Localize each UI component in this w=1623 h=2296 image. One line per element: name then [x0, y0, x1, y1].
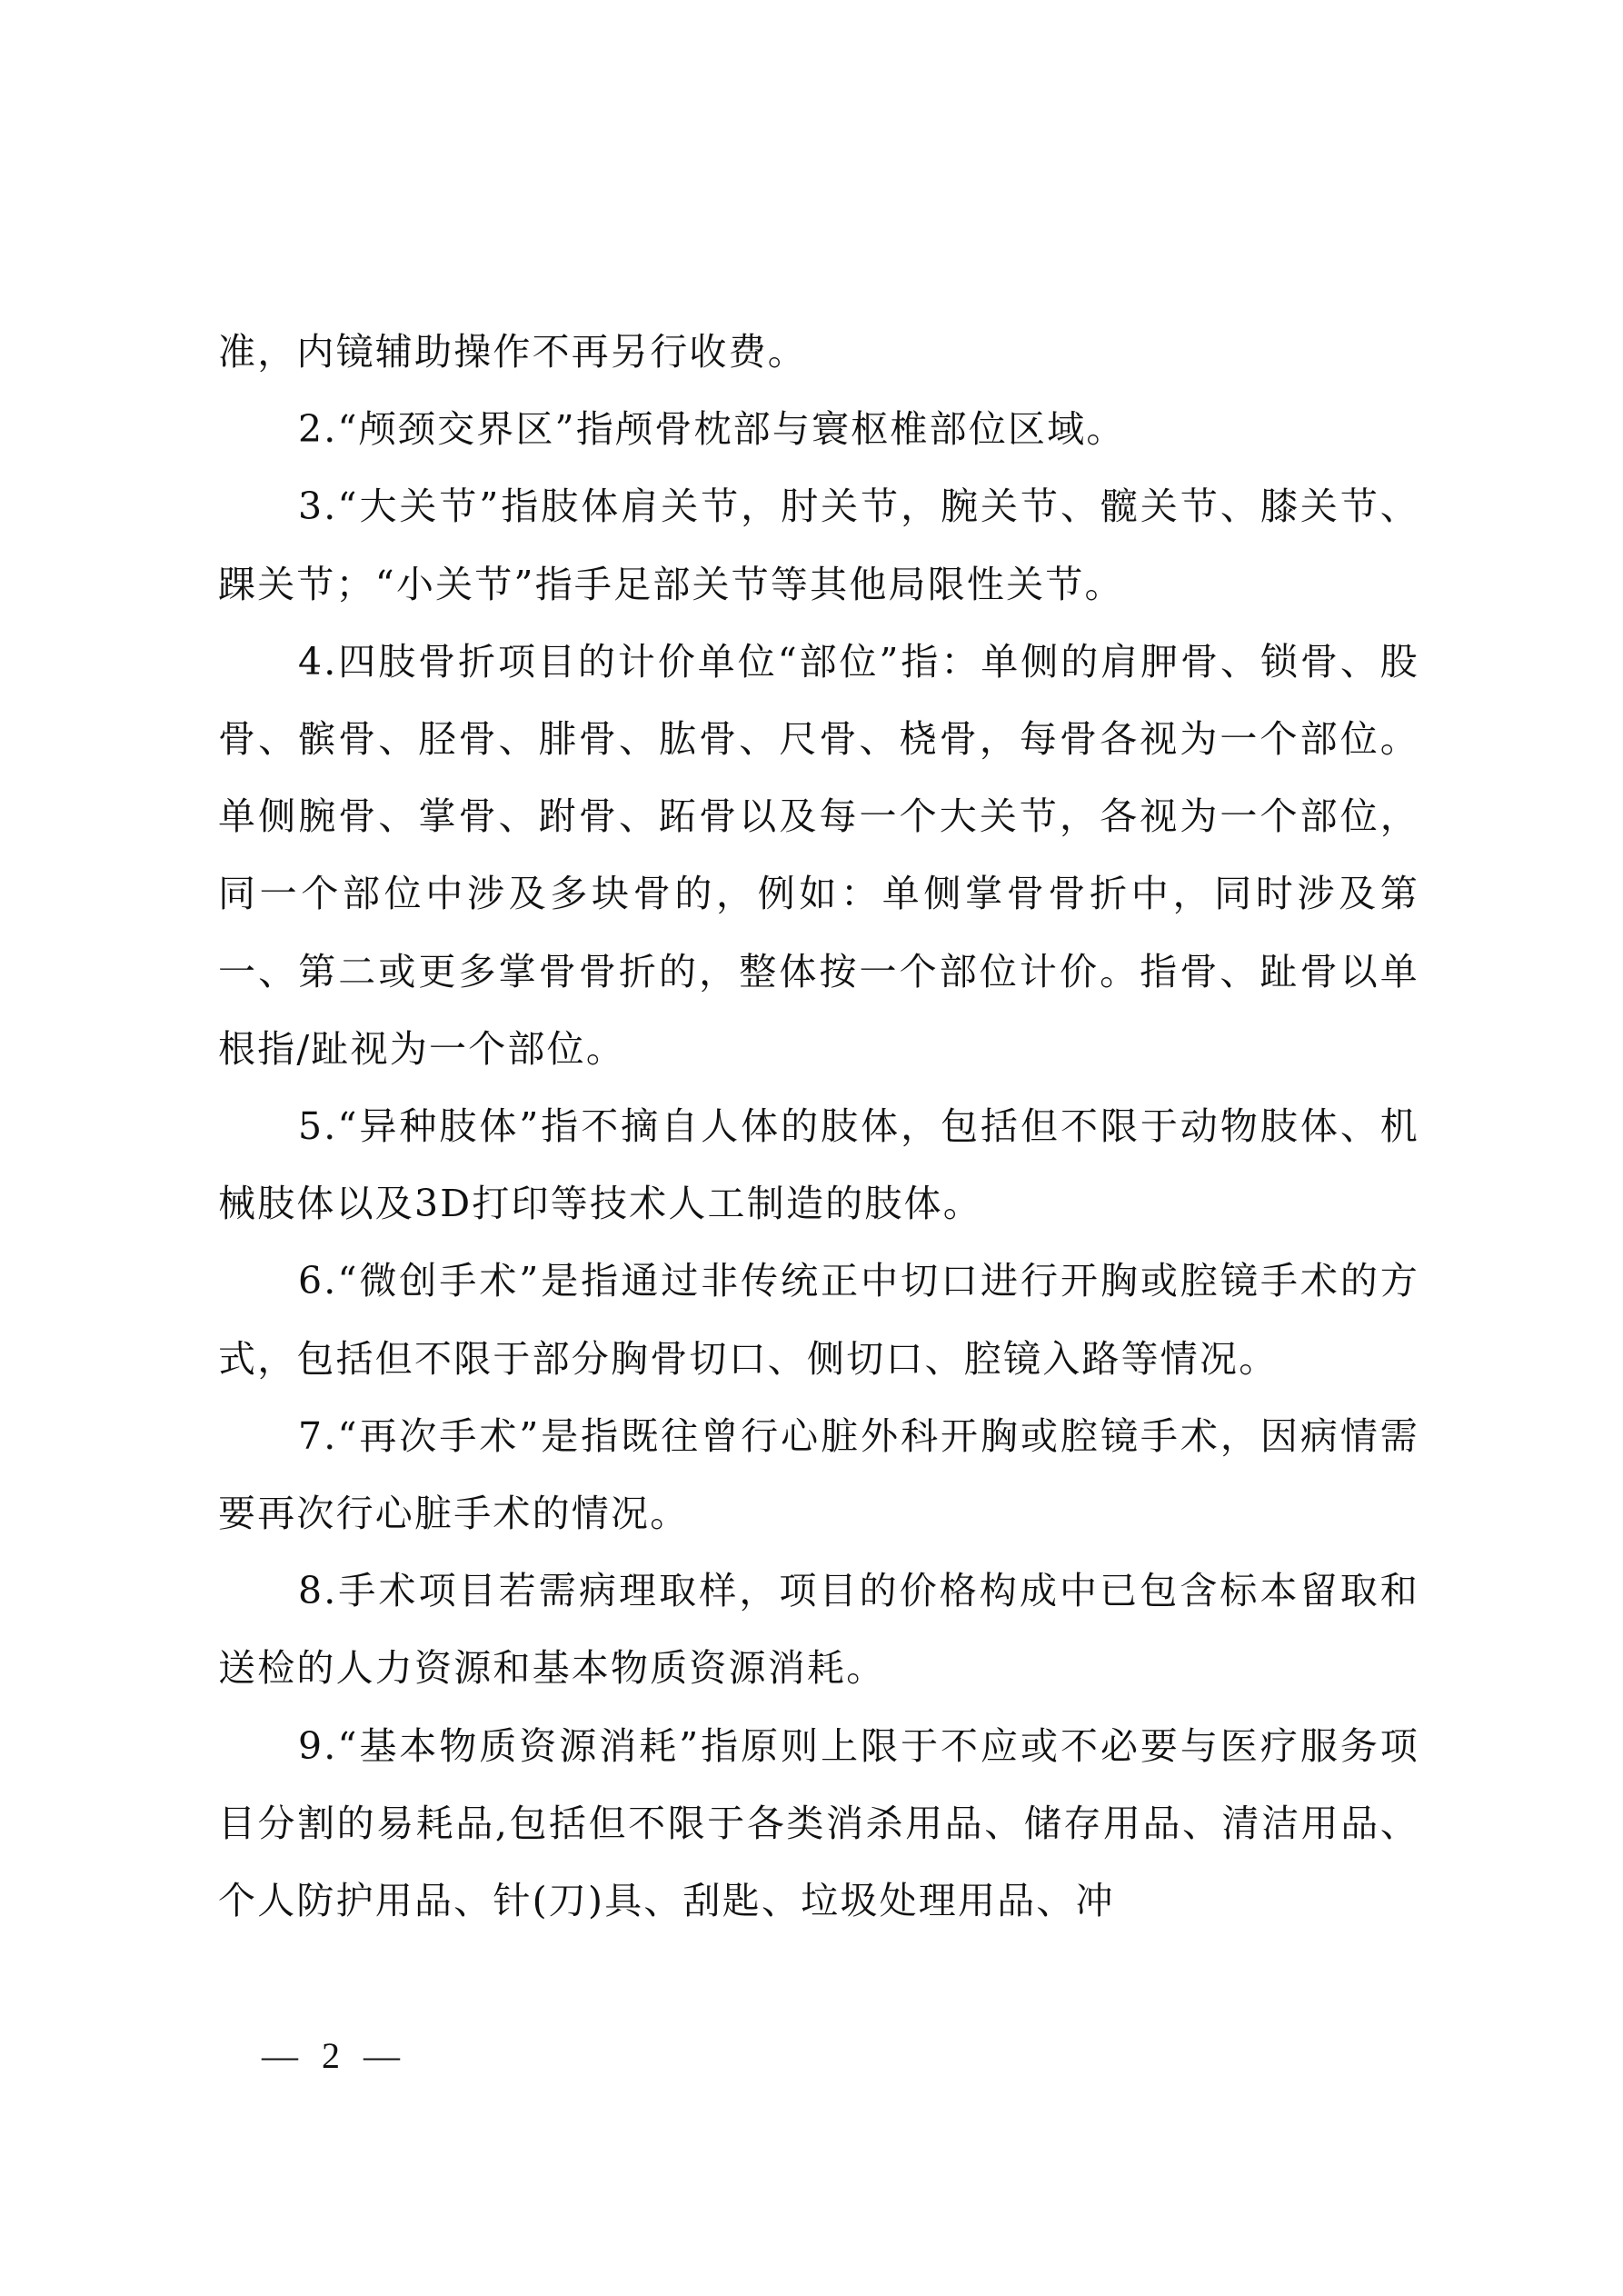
paragraph-item-8: 8.手术项目若需病理取样，项目的价格构成中已包含标本留取和送检的人力资源和基本物… [218, 1552, 1419, 1707]
document-page: 准，内镜辅助操作不再另行收费。 2.“颅颈交界区”指颅骨枕部与寰枢椎部位区域。 … [0, 0, 1623, 2296]
paragraph-item-2: 2.“颅颈交界区”指颅骨枕部与寰枢椎部位区域。 [218, 391, 1419, 468]
paragraph-item-4: 4.四肢骨折项目的计价单位“部位”指：单侧的肩胛骨、锁骨、股骨、髌骨、胫骨、腓骨… [218, 624, 1419, 1088]
paragraph-item-7: 7.“再次手术”是指既往曾行心脏外科开胸或腔镜手术，因病情需要再次行心脏手术的情… [218, 1398, 1419, 1552]
page-number: — 2 — [262, 2034, 407, 2077]
paragraph-continuation: 准，内镜辅助操作不再另行收费。 [218, 314, 1419, 391]
paragraph-item-6: 6.“微创手术”是指通过非传统正中切口进行开胸或腔镜手术的方式，包括但不限于部分… [218, 1243, 1419, 1397]
document-body: 准，内镜辅助操作不再另行收费。 2.“颅颈交界区”指颅骨枕部与寰枢椎部位区域。 … [218, 314, 1419, 1940]
paragraph-item-5: 5.“异种肢体”指不摘自人体的肢体，包括但不限于动物肢体、机械肢体以及3D打印等… [218, 1088, 1419, 1243]
paragraph-item-9: 9.“基本物质资源消耗”指原则上限于不应或不必要与医疗服务项目分割的易耗品,包括… [218, 1708, 1419, 1941]
paragraph-item-3: 3.“大关节”指肢体肩关节，肘关节，腕关节、髋关节、膝关节、踝关节；“小关节”指… [218, 468, 1419, 623]
